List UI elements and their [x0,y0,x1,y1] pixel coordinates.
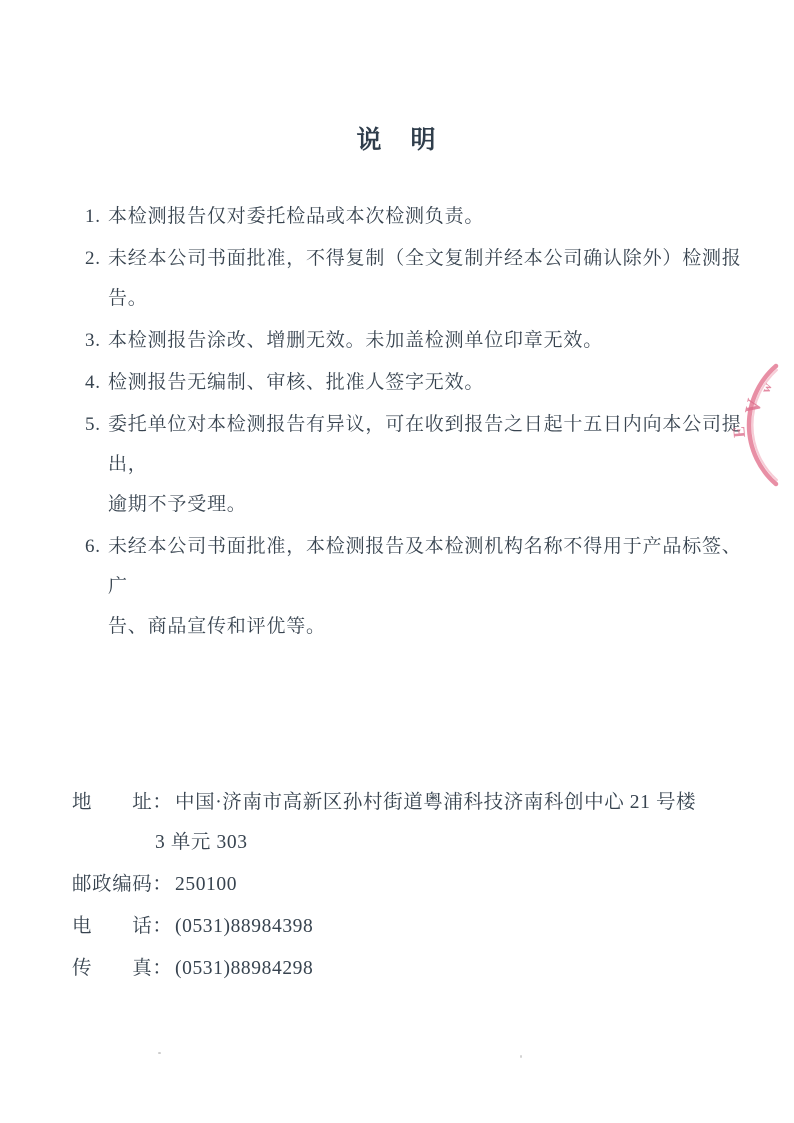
address-label: 地 址： [72,783,175,823]
address-value: 中国·济南市高新区孙村街道粤浦科技济南科创中心 21 号楼3 单元 303 [175,783,696,863]
contact-block: 地 址： 中国·济南市高新区孙村街道粤浦科技济南科创中心 21 号楼3 单元 3… [72,783,762,991]
list-item-text: 本检测报告仅对委托检品或本次检测负责。 [108,197,484,237]
fax-label: 传 真： [72,949,175,989]
list-item: 2. 未经本公司书面批准，不得复制（全文复制并经本公司确认除外）检测报告。 [85,239,750,319]
fax-value: (0531)88984298 [175,949,313,989]
address-line-2: 3 单元 303 [155,823,696,863]
page-title: 说 明 [0,120,794,156]
scan-speck [158,1052,161,1054]
stamp-glyph-icon: w [758,381,776,395]
address-line-1: 中国·济南市高新区孙村街道粤浦科技济南科创中心 21 号楼 [175,792,696,813]
fax-row: 传 真： (0531)88984298 [72,949,762,989]
postal-code-value: 250100 [175,865,237,905]
address-row: 地 址： 中国·济南市高新区孙村街道粤浦科技济南科创中心 21 号楼3 单元 3… [72,783,762,863]
list-item-text: 未经本公司书面批准，本检测报告及本检测机构名称不得用于产品标签、广 告、商品宣传… [108,527,750,647]
list-item-text: 本检测报告涂改、增删无效。未加盖检测单位印章无效。 [108,321,603,361]
scan-speck [520,1055,522,1058]
report-notes-page: 说 明 1. 本检测报告仅对委托检品或本次检测负责。 2. 未经本公司书面批准，… [0,0,794,1123]
list-item-text: 未经本公司书面批准，不得复制（全文复制并经本公司确认除外）检测报告。 [108,239,750,319]
list-item: 3. 本检测报告涂改、增删无效。未加盖检测单位印章无效。 [85,321,750,361]
list-item-number: 5. [85,405,108,445]
list-item: 6. 未经本公司书面批准，本检测报告及本检测机构名称不得用于产品标签、广 告、商… [85,527,750,647]
phone-row: 电 话： (0531)88984398 [72,907,762,947]
list-item-text: 委托单位对本检测报告有异议，可在收到报告之日起十五日内向本公司提出， 逾期不予受… [108,405,750,525]
list-item-number: 4. [85,363,108,403]
list-item-text: 检测报告无编制、审核、批准人签字无效。 [108,363,484,403]
postal-code-label: 邮政编码： [72,865,175,905]
list-item: 1. 本检测报告仅对委托检品或本次检测负责。 [85,197,750,237]
list-item: 5. 委托单位对本检测报告有异议，可在收到报告之日起十五日内向本公司提出， 逾期… [85,405,750,525]
phone-value: (0531)88984398 [175,907,313,947]
postal-code-row: 邮政编码： 250100 [72,865,762,905]
phone-label: 电 话： [72,907,175,947]
list-item-number: 6. [85,527,108,567]
list-item: 4. 检测报告无编制、审核、批准人签字无效。 [85,363,750,403]
notes-list: 1. 本检测报告仅对委托检品或本次检测负责。 2. 未经本公司书面批准，不得复制… [85,197,750,649]
list-item-number: 2. [85,239,108,279]
list-item-number: 3. [85,321,108,361]
list-item-number: 1. [85,197,108,237]
